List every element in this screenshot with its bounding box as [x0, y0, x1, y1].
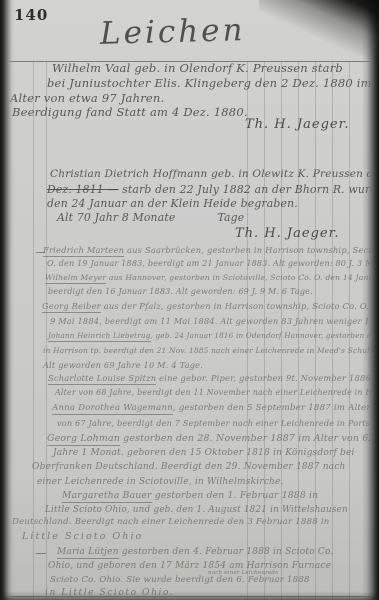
page-title: Leichen — [100, 12, 246, 52]
entry-line: den 24 Januar an der Klein Heide begrabe… — [47, 198, 298, 210]
deceased-name: Friedrich Marteen — [43, 245, 124, 257]
entry-line: Little Scioto Ohio — [22, 532, 143, 543]
entry-line: in Harrison tp. beerdigt den 21 Nov. 188… — [43, 347, 379, 355]
entry-line: Alt 70 Jahr 8 MonateTage — [57, 212, 244, 224]
entry-line: Deutschland. Beerdigt nach einer Leichen… — [12, 518, 330, 528]
entry-line: Alter von etwa 97 Jahren. — [10, 92, 164, 105]
entry-line: Maria Lütjen gestorben den 4. Februar 18… — [57, 547, 334, 557]
entry-line: Beerdigung fand Statt am 4 Dez. 1880. — [12, 106, 248, 119]
book-right-edge — [362, 0, 379, 600]
entry-line: Scharlotte Louise Spitzn eine gebor. Pip… — [48, 374, 379, 383]
register-page-scan: 140 Leichen Wilhelm Vaal geb. in Olendor… — [0, 0, 379, 600]
struck-date: Dez. 1811 — — [47, 183, 119, 196]
deceased-name: Georg Lohman — [47, 433, 120, 446]
entry-line: Little Scioto Ohio, und geb. den 1. Augu… — [45, 506, 348, 516]
book-left-edge — [0, 0, 15, 600]
entry-line: Alt geworden 69 Jahre 10 M. 4 Tage. — [43, 361, 203, 370]
entry-line: Ohio, und geboren den 17 März 1854 am Ha… — [48, 561, 331, 571]
deceased-name: Maria Lütjen — [57, 547, 119, 559]
deceased-name: Georg Reiber — [42, 301, 101, 313]
entry-line: Georg Lohman gestorben den 28. November … — [47, 434, 375, 445]
entry-line: Alter von 68 Jahre, beerdigt den 11 Nove… — [55, 389, 379, 398]
entry-line: Georg Reiber aus der Pfalz, gestorben in… — [42, 302, 379, 311]
entry-line: Friedrich Marteen aus Saarbrücken, gesto… — [43, 246, 379, 255]
entry-line: Scioto Co. Ohio. Sie wurde beerdigt den … — [50, 576, 310, 586]
entry-line: einer Leichenrede in Sciotoville, in Wil… — [37, 477, 284, 487]
entry-line: Johann Heinrich Liebetrug, geb. 24 Janua… — [48, 332, 379, 340]
entry-line: Jahre 1 Monat. geboren den 15 Oktober 18… — [53, 448, 355, 458]
entry-line: Margaretha Bauer gestorben den 1. Februa… — [62, 491, 318, 501]
deceased-name: Margaretha Bauer — [62, 490, 152, 503]
entry-line: beerdigt den 16 Januar 1883. Alt geworde… — [48, 288, 313, 297]
bottom-edge-shadow — [0, 591, 379, 600]
deceased-name: Scharlotte Louise Spitzn — [48, 373, 156, 385]
page-number: 140 — [14, 6, 48, 24]
margin-dash — [36, 553, 46, 554]
entry-line: 9 Mai 1884, beerdigt am 11 Mai 1884. Alt… — [50, 317, 379, 326]
entry-line: O. den 19 Januar 1883, beerdigt am 21 Ja… — [47, 260, 379, 269]
entry-line: von 67 Jahre, beerdigt den 7 September n… — [57, 419, 379, 428]
deceased-name: Johann Heinrich Liebetrug — [48, 331, 151, 342]
deceased-name: Anna Dorothea Wagemann — [52, 403, 173, 415]
entry-line: Dez. 1811 — starb den 22 July 1882 an de… — [47, 184, 379, 196]
entry-line: Wilhelm Vaal geb. in Olendorf K. Preusse… — [52, 62, 343, 75]
entry-line: Christian Dietrich Hoffmann geb. in Olew… — [50, 169, 379, 181]
entry-signature: Th. H. Jaeger. — [245, 118, 350, 133]
entry-line: Oberfranken Deutschland. Beerdigt den 29… — [32, 462, 346, 472]
deceased-name: Wilhelm Meyer — [45, 273, 106, 284]
entry-line: Wilhelm Meyer aus Hannover, gestorben in… — [45, 274, 379, 283]
entry-signature: Th. H. Jaeger. — [235, 227, 340, 242]
top-right-shadow — [259, 0, 379, 60]
entry-line: Anna Dorothea Wagemann, gestorben den 5 … — [52, 404, 371, 414]
entry-line: bei Juniustochter Elis. Klingeberg den 2… — [47, 77, 372, 90]
